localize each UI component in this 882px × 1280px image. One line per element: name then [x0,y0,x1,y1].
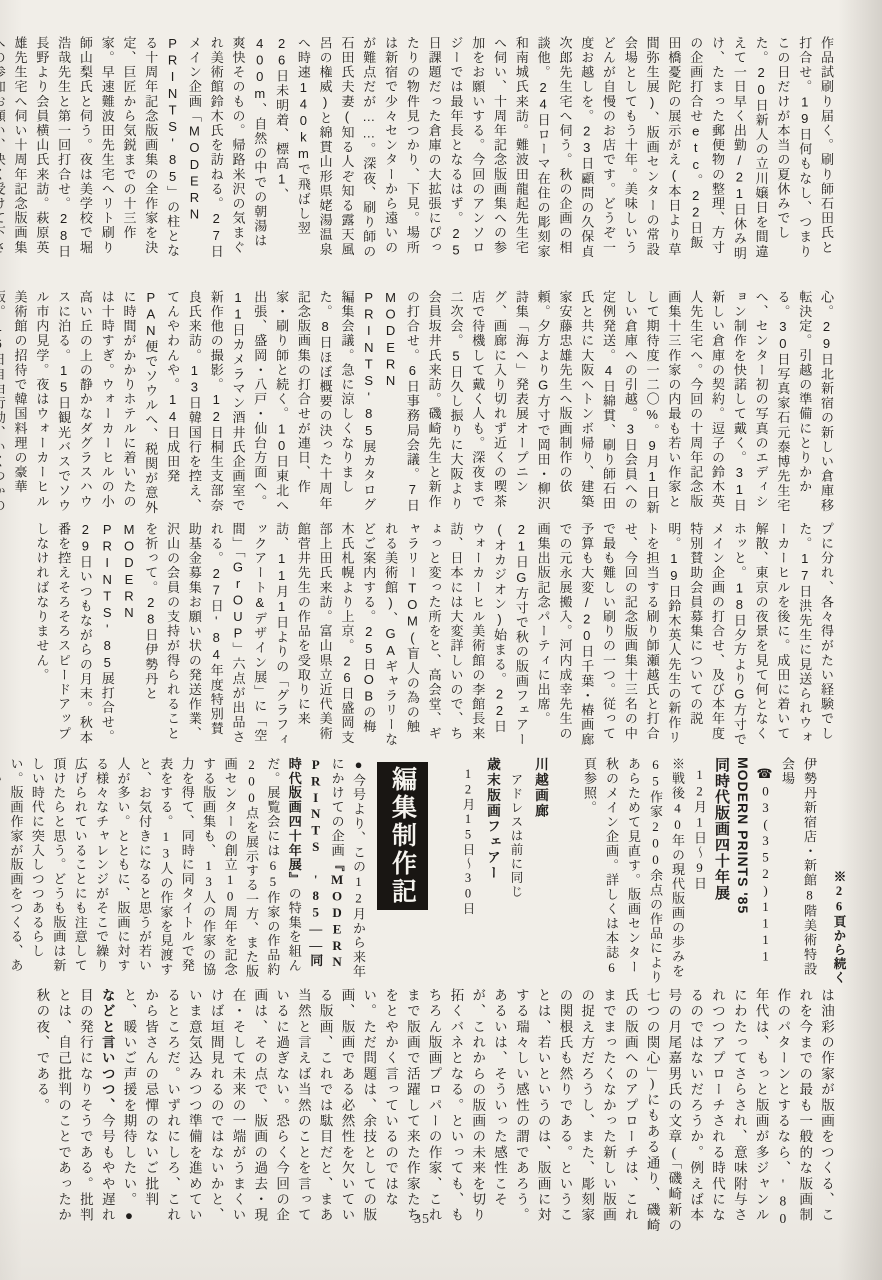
diary-text-band-3: プに分れ、各々得がたい経験でした。17日洪先生に見送られウォーカーヒルを後に。成… [27,522,837,747]
editorial-text-band-2: は油彩の作家が版画をつくる、これを今までの最も一般的な版画制作のパターンとするな… [27,988,837,1237]
exhibition-title-latin: MODERN PRINTS '85 [732,757,754,987]
editorial-title-box: 編集制作記 [377,762,428,910]
editorial-body-1: の特集を組んだ。展覧会には65作家の作品約200点を展示する一方、また版画センタ… [0,757,302,979]
scanned-magazine-page: 作品試刷り届く。刷り師石田氏と打合せ。19日何もなし、つまりこの日だけが本当の夏… [0,0,882,1280]
exhibition-phone: ☎03(352)1111 [754,757,776,987]
diary-text-band-1: 作品試刷り届く。刷り師石田氏と打合せ。19日何もなし、つまりこの日だけが本当の夏… [27,36,837,261]
editorial-title: 編集制作記 [385,766,421,906]
continued-from-marker: ※26頁から続く [830,870,848,1000]
exhibition-note: ※戦後40年の現代版画の歩みを65作家200余点の作品によりあらためて見直す。版… [578,757,688,987]
kawagoe-notice: 川越画廊 アドレスは前に同じ 歳末版画フェアー 12月15日〜30日 [452,757,552,985]
editorial-body-2: は油彩の作家が版画をつくる、これを今までの最も一般的な版画制作のパターンとするな… [122,988,835,1234]
editorial-text-band-1: ●今号より、この12月から来年にかけての企画『MODERN PRINTS '85… [27,757,369,982]
diary-text-band-2: 心。29日北新宿の新しい倉庫移転決定。引越の準備にとりかかる。30日写真家石元泰… [27,290,837,515]
exhibition-title-jp: 同時代版画四十年展 [710,757,732,987]
kawagoe-fair-title: 歳末版画フェアー [480,757,504,985]
exhibition-venue: 伊勢丹新宿店・新館8階美術特設会場 [776,757,820,987]
kawagoe-fair-dates: 12月15日〜30日 [456,757,480,985]
kawagoe-gallery-name: 川越画廊 [528,757,552,985]
exhibition-dates: 12月1日〜9日 [688,757,710,987]
page-number: 35 [414,1212,430,1228]
exhibition-notice: 伊勢丹新宿店・新館8階美術特設会場 ☎03(352)1111 MODERN PR… [568,757,820,987]
kawagoe-address-note: アドレスは前に同じ [504,757,528,985]
